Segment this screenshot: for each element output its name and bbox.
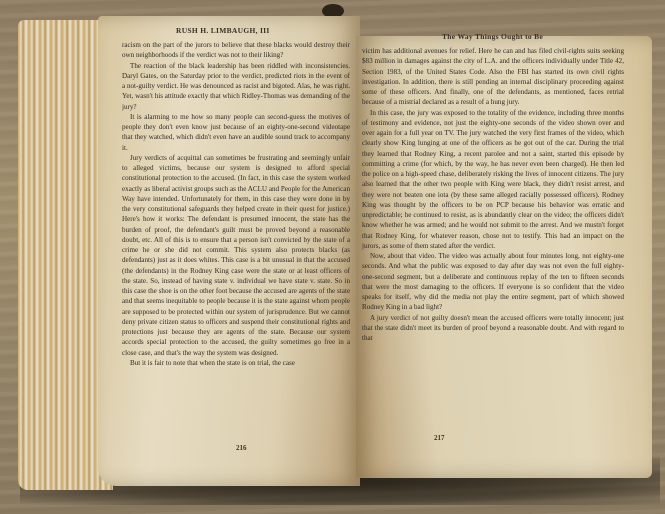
right-page: The Way Things Ought to Be victim has ad… <box>356 36 652 478</box>
paragraph: It is alarming to me how so many people … <box>122 112 350 153</box>
right-running-head: The Way Things Ought to Be <box>442 32 543 41</box>
paragraph: Jury verdicts of acquittal can sometimes… <box>122 153 350 358</box>
open-book: RUSH H. LIMBAUGH, III racism on the part… <box>18 14 658 494</box>
paragraph: In this case, the jury was exposed to th… <box>362 108 624 252</box>
left-page-text: racism on the part of the jurors to beli… <box>122 40 350 430</box>
paragraph: The reaction of the black leadership has… <box>122 61 350 112</box>
paragraph: racism on the part of the jurors to beli… <box>122 40 350 61</box>
right-page-text: victim has additional avenues for relief… <box>362 46 624 436</box>
left-page-number: 216 <box>236 444 247 452</box>
paragraph: A jury verdict of not guilty doesn't mea… <box>362 313 624 344</box>
right-page-number: 217 <box>434 434 445 442</box>
paragraph: victim has additional avenues for relief… <box>362 46 624 108</box>
left-page: RUSH H. LIMBAUGH, III racism on the part… <box>98 16 360 486</box>
left-running-head: RUSH H. LIMBAUGH, III <box>176 26 270 35</box>
paragraph: But it is fair to note that when the sta… <box>122 358 350 368</box>
paragraph: Now, about that video. The video was act… <box>362 251 624 313</box>
